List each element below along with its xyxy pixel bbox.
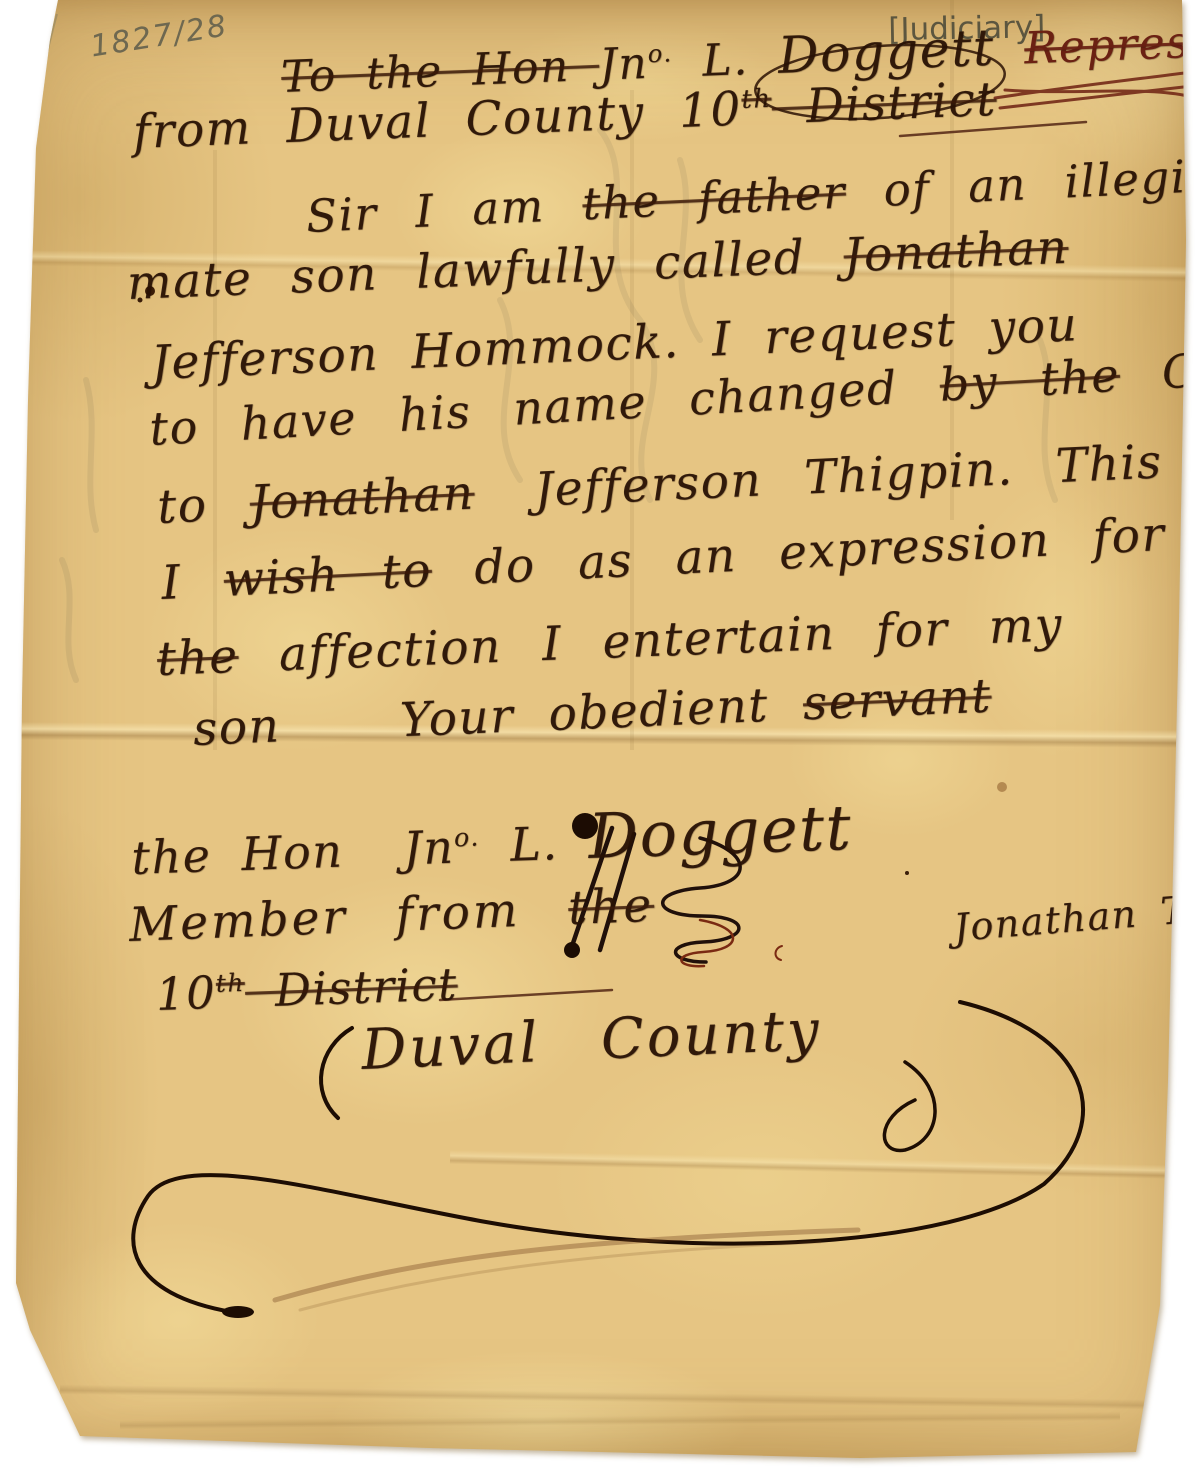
text-segment: Jonathan <box>843 220 1070 284</box>
text-segment: 10 <box>155 966 217 1021</box>
text-segment: to <box>156 476 251 535</box>
representative-strike-scribble <box>995 72 1192 108</box>
text-segment: th <box>741 84 772 115</box>
text-segment: servant <box>802 669 993 732</box>
text-segment: Council <box>1118 335 1200 402</box>
text-segment: of an illegiti <box>845 148 1200 218</box>
text-segment: Jn <box>402 820 455 876</box>
text-segment: L. <box>672 33 779 88</box>
text-segment: Representative <box>1023 10 1200 75</box>
district2-tbar-line <box>440 990 612 1000</box>
address-block-line-2: Member from the <box>128 878 655 953</box>
text-segment: District <box>771 72 998 136</box>
text-segment: mate son lawfully called <box>126 228 845 310</box>
text-segment: by the <box>938 348 1121 412</box>
paper-shadow-wrap: 1827/28 [Judiciary] To the Hon Jno. L. D… <box>0 0 1200 1483</box>
text-segment: the Hon <box>131 824 345 885</box>
address-block-line-3: 10th District <box>155 957 458 1021</box>
text-segment: son <box>192 698 281 757</box>
ink-blot-downstroke-end <box>564 942 580 958</box>
text-segment: the <box>156 629 240 687</box>
text-segment: Jefferson Thigpin. This <box>533 434 1163 517</box>
text-segment: 10 <box>678 82 743 139</box>
archival-year-note: 1827/28 <box>88 8 230 64</box>
stray-pen-mark <box>775 946 782 960</box>
text-segment: the <box>567 878 655 936</box>
text-segment: Jonathan Thigpin <box>952 877 1200 950</box>
body-line-2: mate son lawfully called Jonathan <box>126 220 1069 311</box>
bottom-wrinkle-1 <box>60 1384 1160 1409</box>
text-segment: Sir I am <box>305 177 584 242</box>
text-segment: th <box>215 968 245 998</box>
text-segment: from Duval County <box>132 84 680 160</box>
address-block-line-1: the HonJno. L. Doggett <box>130 791 853 889</box>
fold-crease-lower <box>450 1150 1200 1180</box>
dry-pen-smear <box>275 1230 858 1310</box>
text-segment: Jonathan <box>249 466 476 531</box>
text-segment <box>994 23 1025 75</box>
text-segment: Doggett <box>587 791 853 873</box>
bottom-wrinkle-2 <box>120 1412 1120 1430</box>
text-segment: do as an expression for <box>430 507 1166 598</box>
text-segment: Jn <box>598 38 649 91</box>
closing-line: sonYour obedient servant <box>192 669 993 757</box>
text-segment: L. <box>479 815 589 873</box>
text-segment: o. <box>453 822 480 852</box>
text-segment: Member from <box>128 881 569 953</box>
scanned-letter-page: 1827/28 [Judiciary] To the Hon Jno. L. D… <box>0 0 1200 1483</box>
ink-speck-3 <box>905 871 909 875</box>
text-segment: District <box>244 957 458 1017</box>
text-segment: o. <box>647 39 673 68</box>
brown-stain-dot <box>997 782 1007 792</box>
aged-paper-sheet: 1827/28 [Judiciary] To the Hon Jno. L. D… <box>0 0 1200 1483</box>
text-segment: wish to <box>222 543 433 608</box>
signature: Jonathan Thigpin <box>952 877 1200 950</box>
text-segment: I <box>160 553 225 611</box>
text-segment: the father <box>581 165 847 230</box>
text-segment: Your obedient <box>399 676 804 748</box>
doggett-coil-red <box>681 920 733 966</box>
